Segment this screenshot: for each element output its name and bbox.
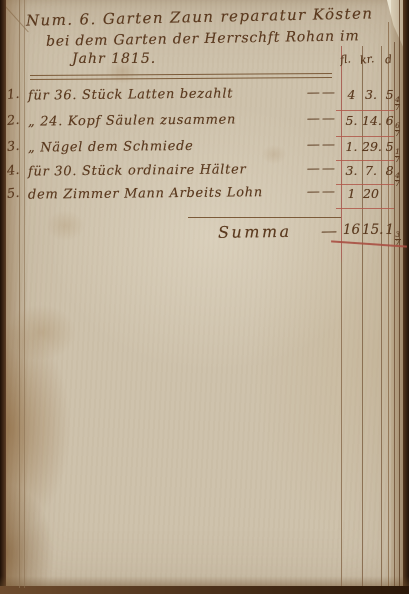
entry-row: für 30. Stück ordinaire Hälter — —	[28, 161, 334, 179]
entry-row: dem Zimmer Mann Arbeits Lohn — —	[28, 184, 334, 202]
denar-whole: 1	[385, 222, 394, 238]
red-row-separator	[336, 208, 394, 209]
amount-denar: 667	[380, 113, 406, 137]
denar-fraction: 17	[395, 149, 401, 163]
ledger-page: Num. 6. Garten Zaun reparatur Kösten bei…	[0, 0, 409, 594]
entry-leader-dash: — —	[307, 111, 334, 126]
document-title-line2: bei dem Garten der Herrschft Rohan im	[46, 28, 360, 49]
summa-label: Summa	[218, 222, 292, 242]
entry-text: „ Nägel dem Schmiede	[28, 139, 194, 156]
amount-denar: 547	[380, 87, 406, 111]
amount-denar: 847	[380, 163, 406, 187]
amount-gulden: 1.	[342, 139, 361, 154]
amount-kreuzer: 20	[362, 186, 380, 201]
entry-number: 1.	[6, 86, 27, 103]
denar-whole: 6	[386, 113, 394, 128]
summa-kreuzer: 15.	[362, 222, 380, 238]
amount-denar: 517	[380, 139, 406, 163]
entry-number: 2.	[6, 112, 27, 129]
amount-gulden: 3.	[342, 163, 361, 178]
entry-row: für 36. Stück Latten bezahlt — —	[28, 85, 334, 103]
summa-row: Summa —	[218, 221, 336, 242]
document-title-line3: Jahr 1815.	[72, 51, 156, 67]
entry-text: für 30. Stück ordinaire Hälter	[28, 162, 247, 179]
amount-gulden: 5.	[342, 113, 361, 128]
denar-fraction: 67	[395, 123, 401, 137]
entry-leader-dash: — —	[307, 161, 334, 176]
entry-number: 3.	[6, 138, 27, 155]
denar-whole: 5	[386, 87, 394, 102]
entry-number: 5.	[6, 185, 27, 202]
entry-leader-dash: — —	[307, 184, 334, 199]
denar-whole: 5	[386, 139, 394, 154]
column-header-gulden: fl.	[339, 52, 352, 66]
amount-kreuzer: 3.	[362, 87, 380, 102]
entry-text: „ 24. Kopf Säulen zusammen	[28, 112, 236, 129]
amount-kreuzer: 14.	[362, 113, 380, 128]
entry-leader-dash: — —	[307, 85, 334, 100]
book-binding-left-edge	[0, 0, 6, 594]
bottom-shadow	[0, 576, 409, 586]
title-underline	[30, 73, 332, 80]
fraction-denominator: 7	[395, 105, 400, 112]
fraction-denominator: 7	[395, 240, 400, 247]
entry-text: dem Zimmer Mann Arbeits Lohn	[28, 185, 263, 202]
amount-gulden: 4	[342, 87, 361, 102]
entry-text: für 36. Stück Latten bezahlt	[28, 86, 233, 103]
summa-gulden: 16	[342, 222, 361, 238]
denar-fraction: 47	[395, 173, 401, 187]
book-bottom-edge	[0, 586, 409, 594]
summa-denar: 137	[380, 222, 406, 246]
entry-number: 4.	[6, 162, 27, 179]
denar-fraction: 47	[395, 97, 401, 111]
amount-kreuzer: 7.	[362, 163, 380, 178]
fraction-denominator: 7	[395, 181, 400, 188]
document-title-line1: Num. 6. Garten Zaun reparatur Kösten	[26, 4, 374, 29]
denar-fraction: 37	[395, 232, 401, 246]
column-header-kreuzer: kr.	[359, 52, 375, 67]
entry-row: „ Nägel dem Schmiede — —	[28, 137, 334, 155]
summa-leader-dash: —	[321, 221, 336, 240]
summa-separator-line	[188, 217, 341, 218]
entry-leader-dash: — —	[307, 137, 334, 152]
fraction-denominator: 7	[395, 131, 400, 138]
amount-gulden: 1	[342, 186, 361, 201]
entry-row: „ 24. Kopf Säulen zusammen — —	[28, 111, 334, 129]
denar-whole: 8	[386, 163, 394, 178]
amount-kreuzer: 29.	[362, 139, 380, 154]
